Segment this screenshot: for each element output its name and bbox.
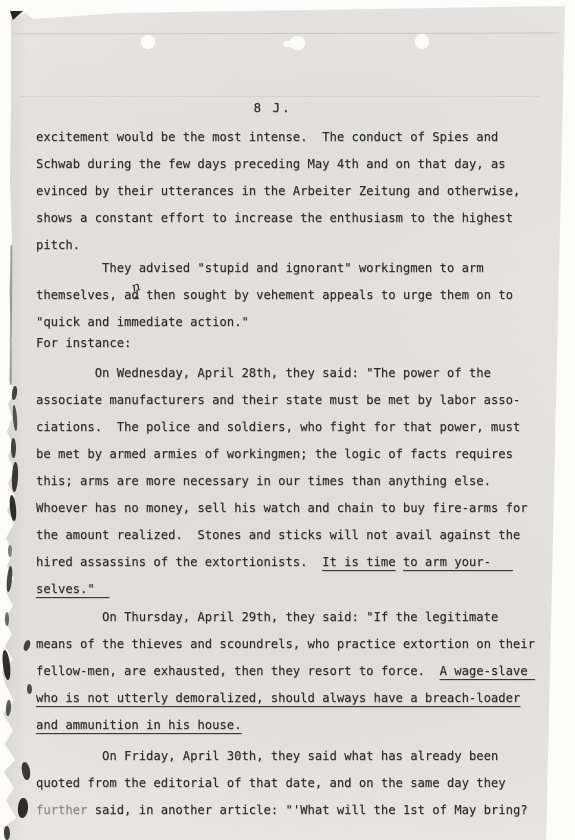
paragraph: On Thursday, April 29th, they said: "If … <box>36 604 551 739</box>
text-segment: adn^ <box>124 288 139 302</box>
handwritten-caret: ^ <box>133 287 140 314</box>
text-segment: Schwab during the few days preceding May… <box>36 157 506 171</box>
text-line: this; arms are more necessary in our tim… <box>36 468 551 495</box>
torn-edge-mark <box>8 545 12 557</box>
underlined-text: who is not utterly demoralized, should a… <box>36 691 520 705</box>
scanned-document-page: 8 J. excitement would be the most intens… <box>0 0 575 840</box>
text-line: quoted from the editorial of that date, … <box>36 770 551 797</box>
text-line: hired assassins of the extortionists. It… <box>36 549 551 576</box>
text-segment: associate manufacturers and their state … <box>36 393 520 407</box>
text-segment: then sought by vehement appeals to urge … <box>139 288 513 302</box>
text-segment: They advised "stupid and ignorant" worki… <box>36 261 484 275</box>
text-line: ciations. The police and soldiers, who f… <box>36 414 551 441</box>
text-line: evinced by their utterances in the Arbei… <box>36 178 551 205</box>
paragraph: excitement would be the most intense. Th… <box>36 124 551 259</box>
text-line: excitement would be the most intense. Th… <box>36 124 551 151</box>
paragraph: For instance: <box>36 330 551 357</box>
page-header: 8 J. <box>0 100 545 115</box>
text-line: and ammunition in his house. <box>36 712 551 739</box>
text-line: who is not utterly demoralized, should a… <box>36 685 551 712</box>
text-segment: On Friday, April 30th, they said what ha… <box>36 749 498 763</box>
text-line: themselves, adn^ then sought by vehement… <box>36 282 551 309</box>
punch-hole <box>141 35 155 49</box>
text-line: the amount realized. Stones and sticks w… <box>36 522 551 549</box>
text-line: They advised "stupid and ignorant" worki… <box>36 255 551 282</box>
text-segment: Whoever has no money, sell his watch and… <box>36 501 528 515</box>
text-segment: means of the thieves and scoundrels, who… <box>36 637 535 651</box>
text-segment: fellow-men, are exhausted, then they res… <box>36 664 440 678</box>
text-line: be met by armed armies of workingmen; th… <box>36 441 551 468</box>
text-line: On Friday, April 30th, they said what ha… <box>36 743 551 770</box>
text-line: associate manufacturers and their state … <box>36 387 551 414</box>
torn-edge-mark <box>4 826 10 840</box>
text-segment: "quick and immediate action." <box>36 315 249 329</box>
text-segment: hired assassins of the extortionists. <box>36 555 322 569</box>
underlined-text: A wage-slave <box>440 664 535 678</box>
text-line: fellow-men, are exhausted, then they res… <box>36 658 551 685</box>
text-line: shows a constant effort to increase the … <box>36 205 551 232</box>
torn-edge-mark <box>5 612 9 626</box>
punch-hole-smudge <box>283 41 293 47</box>
torn-edge-mark <box>11 438 16 458</box>
text-segment: pitch. <box>36 238 80 252</box>
underlined-text: and ammunition in his house. <box>36 718 241 732</box>
text-line: Schwab during the few days preceding May… <box>36 151 551 178</box>
text-line: On Thursday, April 29th, they said: "If … <box>36 604 551 631</box>
text-segment: evinced by their utterances in the Arbei… <box>36 184 520 198</box>
text-segment: On Thursday, April 29th, they said: "If … <box>36 610 498 624</box>
underlined-text: to arm your- <box>403 555 513 569</box>
text-line: Whoever has no money, sell his watch and… <box>36 495 551 522</box>
text-segment: quoted from the editorial of that date, … <box>36 776 506 790</box>
text-segment: further <box>36 803 87 817</box>
text-segment: shows a constant effort to increase the … <box>36 211 513 225</box>
text-segment <box>396 555 403 569</box>
text-segment: excitement would be the most intense. Th… <box>36 130 498 144</box>
underlined-text: selves." <box>36 582 109 596</box>
underlined-text: It is time <box>322 555 395 569</box>
text-segment: On Wednesday, April 28th, they said: "Th… <box>36 366 491 380</box>
text-line: selves." <box>36 576 551 603</box>
text-segment: this; arms are more necessary in our tim… <box>36 474 491 488</box>
text-segment: be met by armed armies of workingmen; th… <box>36 447 513 461</box>
text-line: further said, in another article: "'What… <box>36 797 551 824</box>
text-segment: themselves, <box>36 288 124 302</box>
text-block: excitement would be the most intense. Th… <box>36 124 551 824</box>
margin-ink-mark <box>27 684 32 694</box>
text-segment: ciations. The police and soldiers, who f… <box>36 420 520 434</box>
text-segment: said, in another article: "'What will th… <box>87 803 527 817</box>
paragraph: On Wednesday, April 28th, they said: "Th… <box>36 360 551 603</box>
paragraph: On Friday, April 30th, they said what ha… <box>36 743 551 824</box>
text-line: means of the thieves and scoundrels, who… <box>36 631 551 658</box>
text-line: For instance: <box>36 330 551 357</box>
paper-crease <box>20 96 540 97</box>
paragraph: They advised "stupid and ignorant" worki… <box>36 255 551 336</box>
punch-hole <box>415 34 429 49</box>
text-segment: the amount realized. Stones and sticks w… <box>36 528 520 542</box>
text-segment: For instance: <box>36 336 131 350</box>
text-line: On Wednesday, April 28th, they said: "Th… <box>36 360 551 387</box>
